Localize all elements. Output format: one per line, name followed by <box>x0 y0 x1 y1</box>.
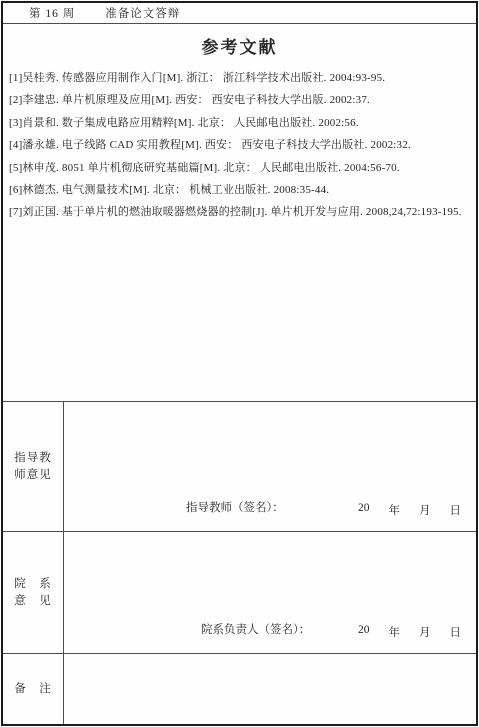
header-row: 第 16 周 准备论文答辩 <box>3 3 476 24</box>
department-opinion-row: 院 系 意 见 院系负责人（签名）： 20 年 月 日 <box>3 532 476 654</box>
date-year-char: 年 <box>389 502 401 518</box>
date-year-prefix: 20 <box>358 502 370 518</box>
date-month-char: 月 <box>419 502 431 518</box>
department-label-line1: 院 系 <box>14 576 52 593</box>
remarks-label: 备 注 <box>3 654 64 724</box>
advisor-opinion-area: 指导教师（签名）： 20 年 月 日 <box>64 402 476 531</box>
advisor-signature-line: 指导教师（签名）： 20 年 月 日 <box>64 499 476 518</box>
reference-item: [6]林德杰. 电气测量技术[M]. 北京： 机械工业出版社. 2008:35-… <box>9 179 472 201</box>
department-opinion-label: 院 系 意 见 <box>3 532 64 653</box>
scanned-form-page: 第 16 周 准备论文答辩 参考文献 [1]吴桂秀. 传感器应用制作入门[M].… <box>0 0 479 727</box>
form-table: 第 16 周 准备论文答辩 参考文献 [1]吴桂秀. 传感器应用制作入门[M].… <box>1 1 478 726</box>
reference-item: [5]林申茂. 8051 单片机彻底研究基础篇[M]. 北京： 人民邮电出版社.… <box>9 157 472 179</box>
references-section: 参考文献 [1]吴桂秀. 传感器应用制作入门[M]. 浙江： 浙江科学技术出版社… <box>3 24 476 402</box>
remarks-row: 备 注 <box>3 654 476 724</box>
advisor-opinion-label: 指导教 师意见 <box>3 402 64 531</box>
reference-item: [4]潘永雄. 电子线路 CAD 实用教程[M]. 西安： 西安电子科技大学出版… <box>9 134 472 156</box>
reference-item: [3]肖景和. 数子集成电路应用精粹[M]. 北京： 人民邮电出版社. 2002… <box>9 112 472 134</box>
reference-item: [1]吴桂秀. 传感器应用制作入门[M]. 浙江： 浙江科学技术出版社. 200… <box>9 67 472 89</box>
department-signature-label: 院系负责人（签名）： <box>201 621 310 637</box>
department-signature-line: 院系负责人（签名）： 20 年 月 日 <box>64 621 476 640</box>
advisor-opinion-row: 指导教 师意见 指导教师（签名）： 20 年 月 日 <box>3 402 476 532</box>
date-month-char: 月 <box>419 624 431 640</box>
date-year-prefix: 20 <box>358 624 370 640</box>
remarks-label-text: 备 注 <box>14 681 52 698</box>
date-day-char: 日 <box>450 624 462 640</box>
remarks-area <box>64 654 476 724</box>
date-year-char: 年 <box>389 624 401 640</box>
references-title: 参考文献 <box>3 33 476 58</box>
week-label: 第 16 周 <box>29 5 75 21</box>
department-opinion-area: 院系负责人（签名）： 20 年 月 日 <box>64 532 476 653</box>
department-date-line: 20 年 月 日 <box>358 624 461 640</box>
task-label: 准备论文答辩 <box>105 5 180 21</box>
date-day-char: 日 <box>450 502 462 518</box>
reference-item: [7]刘正国. 基于单片机的燃油取暖器燃烧器的控制[J]. 单片机开发与应用. … <box>9 201 472 223</box>
department-label-line2: 意 见 <box>14 593 52 610</box>
references-list: [1]吴桂秀. 传感器应用制作入门[M]. 浙江： 浙江科学技术出版社. 200… <box>3 65 476 224</box>
advisor-label-line2: 师意见 <box>14 467 52 484</box>
advisor-label-line1: 指导教 <box>14 450 52 467</box>
advisor-signature-label: 指导教师（签名）： <box>186 499 284 515</box>
reference-item: [2]李建忠. 单片机原理及应用[M]. 西安： 西安电子科技大学出版. 200… <box>9 89 472 111</box>
advisor-date-line: 20 年 月 日 <box>358 502 461 518</box>
